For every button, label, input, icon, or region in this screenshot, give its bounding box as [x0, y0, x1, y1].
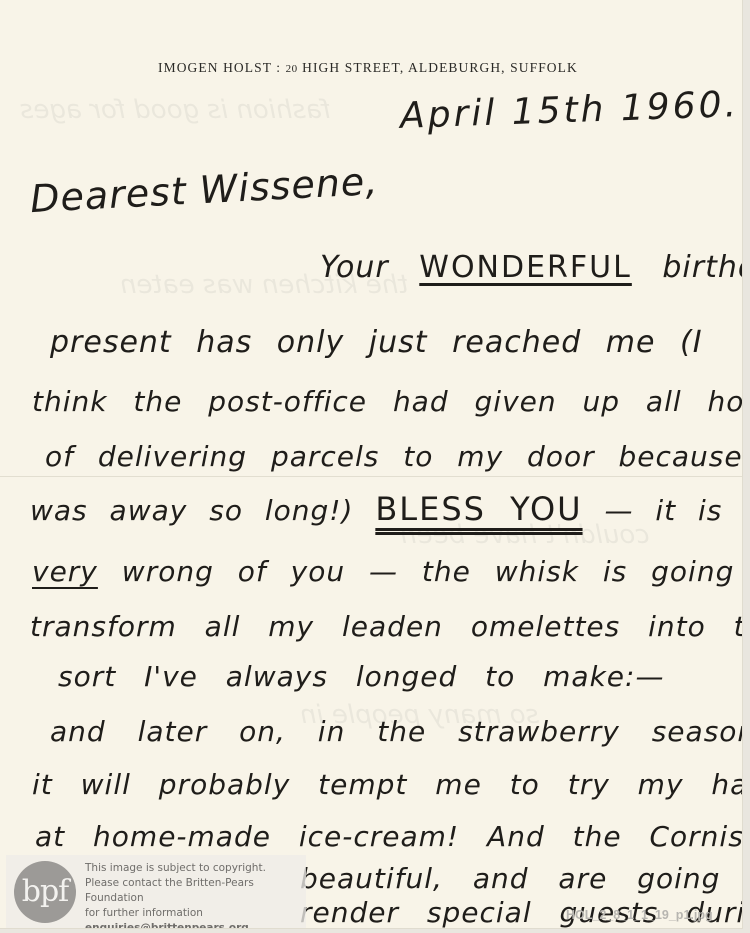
salutation: Dearest Wissene, [29, 159, 379, 221]
copyright-watermark: bpf This image is subject to copyright. … [6, 855, 306, 929]
emphasis-very: very [32, 555, 98, 588]
line-text: — it is [583, 494, 723, 527]
letter-line: it will probably tempt me to try my hand [32, 768, 743, 801]
letter-line: of delivering parcels to my door because… [45, 440, 743, 473]
contact-email-link[interactable]: enquiries@brittenpears.org [85, 921, 306, 929]
paper-fold-line [0, 476, 742, 477]
letter-line: at home-made ice-cream! And the Cornish [35, 820, 743, 853]
contact-line: Please contact the Britten-Pears Foundat… [85, 876, 306, 906]
letterhead: IMOGEN HOLST : 20 HIGH STREET, ALDEBURGH… [158, 60, 578, 76]
copyright-notice: This image is subject to copyright. Plea… [85, 861, 306, 929]
emphasis-wonderful: WONDERFUL [419, 250, 632, 285]
letter-page: fashion is good for ages the kitchen was… [0, 0, 743, 929]
letter-line: Your WONDERFUL birthday [320, 250, 743, 285]
letterhead-house-number: 20 [286, 63, 298, 75]
letter-line: think the post-office had given up all h… [32, 385, 743, 418]
letter-line: was away so long!) BLESS YOU — it is [30, 490, 722, 528]
emphasis-bless-you: BLESS YOU [375, 490, 582, 528]
letter-line: very wrong of you — the whisk is going t… [32, 555, 743, 588]
letter-date: April 15th 1960. [399, 84, 739, 137]
line-text: birthday [632, 250, 743, 285]
line-text: Your [320, 250, 419, 285]
letterhead-name: IMOGEN HOLST [158, 60, 272, 75]
show-through-text: fashion is good for ages [20, 95, 331, 125]
info-line: for further information [85, 906, 306, 921]
letterhead-address: HIGH STREET, ALDEBURGH, SUFFOLK [298, 60, 578, 75]
letter-line: transform all my leaden omelettes into t… [30, 610, 743, 643]
line-text: wrong of you — the whisk is going to [98, 555, 743, 588]
letter-line: and later on, in the strawberry season, [50, 715, 743, 748]
letter-line: beautiful, and are going to [300, 862, 743, 895]
copyright-line: This image is subject to copyright. [85, 861, 306, 876]
line-text: was away so long!) [30, 494, 375, 527]
letterhead-separator: : [272, 60, 286, 75]
image-filename: HOL_2_8_1_1_19_p1.jpg [566, 908, 713, 922]
letter-line: sort I've always longed to make:— [58, 660, 664, 693]
letter-line: present has only just reached me (I [50, 325, 703, 360]
bpf-logo-icon: bpf [14, 861, 76, 923]
